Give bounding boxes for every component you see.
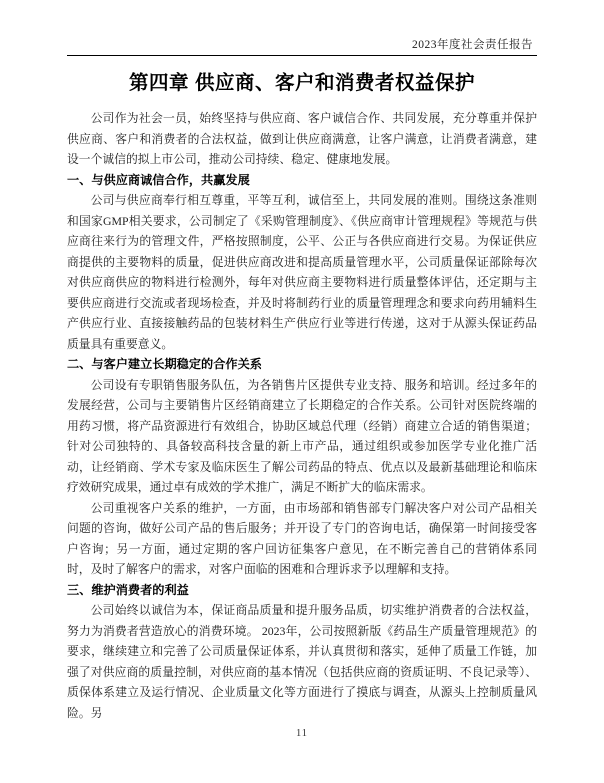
document-page: 2023年度社会责任报告 第四章 供应商、客户和消费者权益保护 公司作为社会一员… (0, 0, 604, 783)
page-footer: 11 (0, 728, 604, 739)
section-1-paragraph: 公司与供应商奉行相互尊重，平等互利，诚信至上，共同发展的准则。围绕这条准则和国家… (67, 190, 537, 354)
section-1-heading: 一、与供应商诚信合作，共赢发展 (67, 170, 537, 191)
page-number: 11 (296, 728, 308, 739)
section-2-heading: 二、与客户建立长期稳定的合作关系 (67, 354, 537, 375)
section-3-paragraph: 公司始终以诚信为本，保证商品质量和提升服务品质，切实维护消费者的合法权益，努力为… (67, 600, 537, 723)
intro-paragraph: 公司作为社会一员，始终坚持与供应商、客户诚信合作、共同发展，充分尊重并保护供应商… (67, 108, 537, 170)
document-body: 公司作为社会一员，始终坚持与供应商、客户诚信合作、共同发展，充分尊重并保护供应商… (67, 108, 537, 723)
chapter-title: 第四章 供应商、客户和消费者权益保护 (67, 69, 537, 97)
section-2-paragraph-2: 公司重视客户关系的维护，一方面，由市场部和销售部专门解决客户对公司产品相关问题的… (67, 498, 537, 580)
page-content: 2023年度社会责任报告 第四章 供应商、客户和消费者权益保护 公司作为社会一员… (67, 0, 537, 723)
header-report-title: 2023年度社会责任报告 (67, 38, 537, 52)
page-header: 2023年度社会责任报告 (67, 0, 537, 56)
section-2-paragraph-1: 公司设有专职销售服务队伍，为各销售片区提供专业支持、服务和培训。经过多年的发展经… (67, 375, 537, 498)
section-3-heading: 三、维护消费者的利益 (67, 580, 537, 601)
header-rule (67, 55, 537, 56)
